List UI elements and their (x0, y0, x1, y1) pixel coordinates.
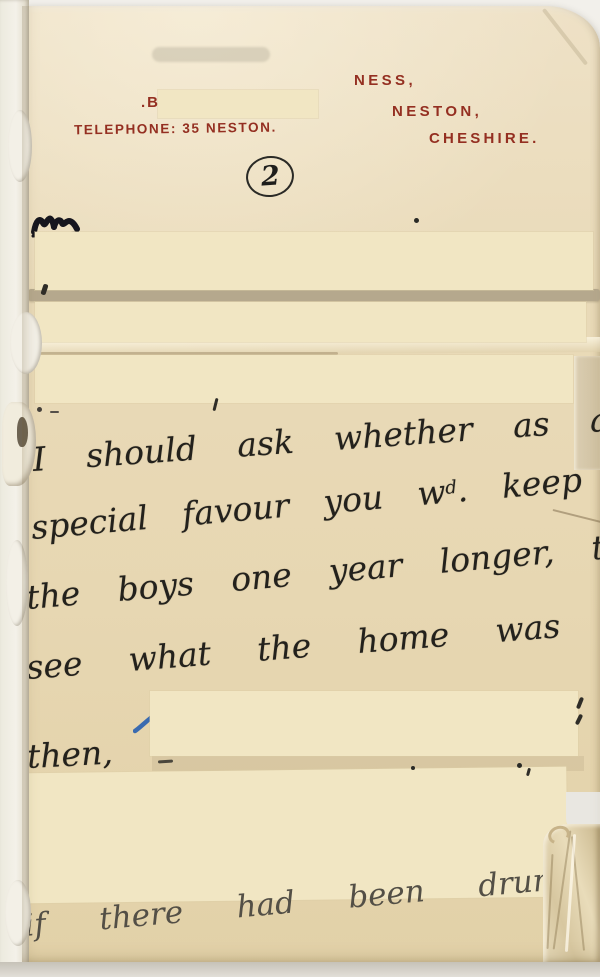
redaction-patch-letterhead (158, 90, 318, 118)
letterhead-prefix: .B (141, 94, 160, 111)
handwritten-line-5: then, (26, 733, 114, 776)
redaction-patch-1 (35, 232, 593, 290)
letterhead-address-line1: NESS, (354, 72, 416, 89)
letterhead-telephone: TELEPHONE: 35 NESTON. (74, 120, 277, 138)
paper-smudge (152, 47, 270, 62)
redaction-patch-4 (150, 691, 578, 756)
ink-speck (414, 218, 419, 223)
letterhead-address-line3: CHESHIRE. (429, 130, 539, 147)
tear-hole (17, 417, 28, 447)
redaction-patch-2 (35, 302, 586, 342)
letterhead-address-line2: NESTON, (392, 103, 482, 120)
ink-speck (50, 411, 59, 413)
bottom-background (0, 962, 600, 977)
crumple-crease (547, 854, 554, 949)
ink-speck (411, 766, 415, 770)
page-number-value: 2 (260, 162, 281, 190)
scanned-letter-page: .B TELEPHONE: 35 NESTON. NESS, NESTON, C… (0, 0, 600, 977)
torn-edge-bump (6, 540, 28, 626)
ink-speck (517, 763, 522, 768)
torn-edge-bump (10, 312, 42, 374)
horizontal-crease (28, 289, 600, 301)
torn-edge-bump (5, 880, 31, 946)
redaction-patch-3 (35, 355, 573, 403)
torn-edge-bump (8, 110, 32, 182)
ink-speck (37, 407, 42, 412)
crumpled-corner (543, 824, 600, 965)
